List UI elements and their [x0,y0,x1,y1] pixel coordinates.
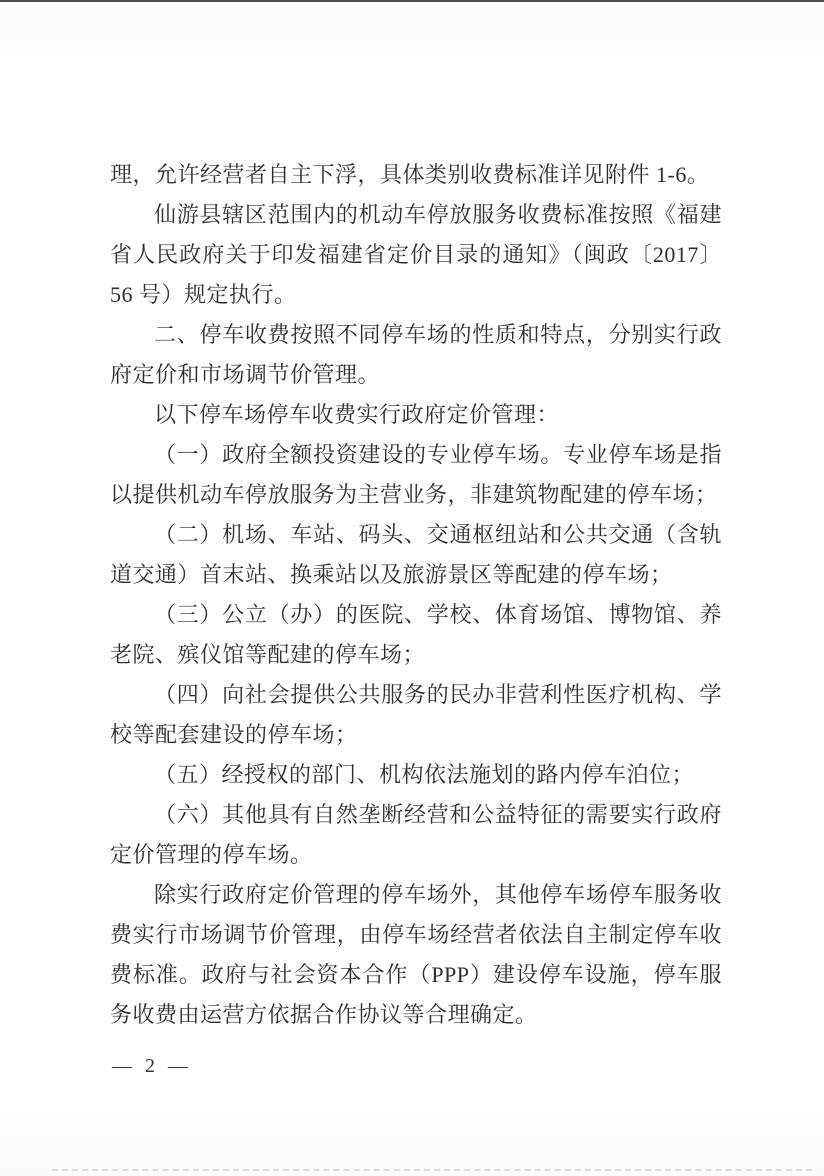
page-number: — 2 — [112,1055,192,1077]
paragraph-gov-pricing-intro: 以下停车场停车收费实行政府定价管理： [110,395,722,435]
scan-artifact-top-edge [0,0,824,2]
paragraph-section-2-heading: 二、停车收费按照不同停车场的性质和特点，分别实行政府定价和市场调节价管理。 [110,315,722,395]
scan-artifact-bottom-edge [52,1169,812,1171]
paragraph-item-2: （二）机场、车站、码头、交通枢纽站和公共交通（含轨道交通）首末站、换乘站以及旅游… [110,515,722,595]
paragraph-item-4: （四）向社会提供公共服务的民办非营利性医疗机构、学校等配套建设的停车场； [110,675,722,755]
document-page: 理，允许经营者自主下浮，具体类别收费标准详见附件 1-6。 仙游县辖区范围内的机… [0,0,824,1176]
paragraph-item-1: （一）政府全额投资建设的专业停车场。专业停车场是指以提供机动车停放服务为主营业务… [110,435,722,515]
paragraph-continuation: 理，允许经营者自主下浮，具体类别收费标准详见附件 1-6。 [110,155,722,195]
paragraph-xianyou-scope: 仙游县辖区范围内的机动车停放服务收费标准按照《福建省人民政府关于印发福建省定价目… [110,195,722,315]
document-body: 理，允许经营者自主下浮，具体类别收费标准详见附件 1-6。 仙游县辖区范围内的机… [110,155,722,1035]
paragraph-item-3: （三）公立（办）的医院、学校、体育场馆、博物馆、养老院、殡仪馆等配建的停车场； [110,595,722,675]
paragraph-item-5: （五）经授权的部门、机构依法施划的路内停车泊位； [110,755,722,795]
paragraph-market-pricing: 除实行政府定价管理的停车场外，其他停车场停车服务收费实行市场调节价管理，由停车场… [110,875,722,1035]
page-footer: — 2 — [112,1052,192,1080]
paragraph-item-6: （六）其他具有自然垄断经营和公益特征的需要实行政府定价管理的停车场。 [110,795,722,875]
